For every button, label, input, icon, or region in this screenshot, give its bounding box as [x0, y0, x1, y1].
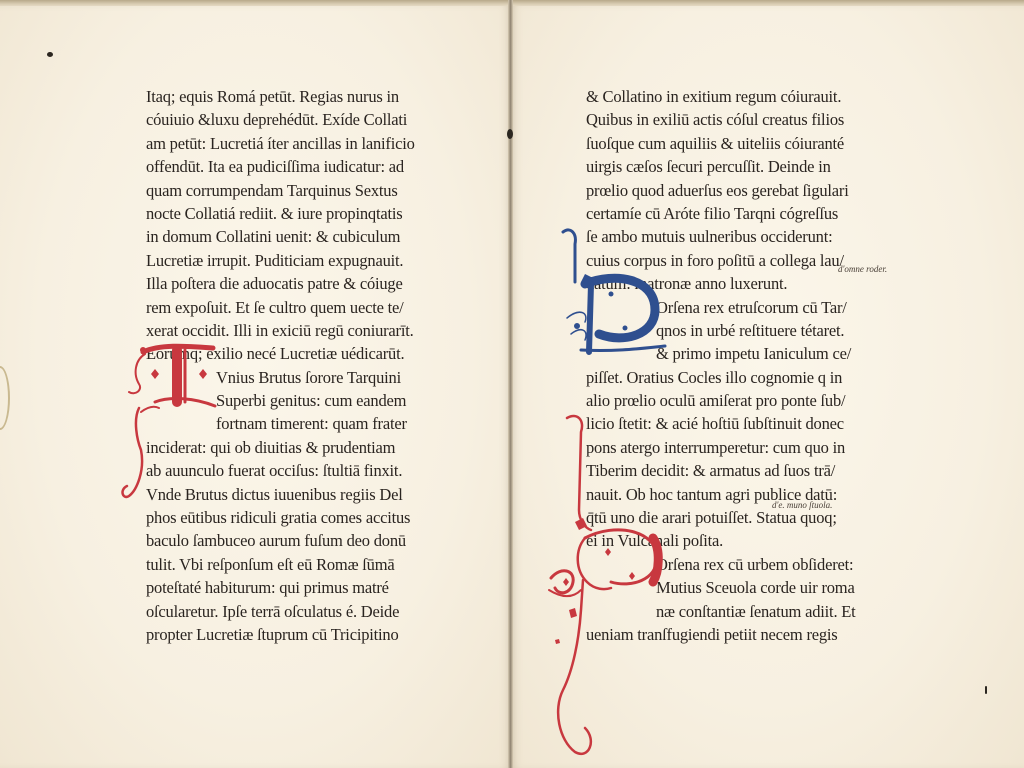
text-line: rem expoſuit. Et ſe cultro quem uecte te… [146, 296, 415, 319]
text-line: & Collatino in exitium regum cóiurauit. [586, 85, 856, 108]
text-line: am petūt: Lucretiá íter ancillas in lani… [146, 132, 415, 155]
ink-spot [507, 129, 513, 139]
text-line: tulit. Vbi reſponſum eſt eū Romæ ſūmā [146, 553, 415, 576]
text-line: nocte Collatiá rediit. & iure propinqtat… [146, 202, 415, 225]
text-line: poteſtaté habiturum: qui primus matré [146, 576, 415, 599]
marginal-note: d'e. muno ſtuola. [772, 500, 832, 510]
text-line: offendūt. Ita ea pudiciſſima iudicatur: … [146, 155, 415, 178]
text-line: cóuiuio &luxu deprehédūt. Exíde Collati [146, 108, 415, 131]
text-line: Illa poſtera die aduocatis patre & cóiug… [146, 272, 415, 295]
text-line: Lucretiæ irrupit. Puditiciam expugnauit. [146, 249, 415, 272]
text-line: piſſet. Oratius Cocles illo cognomie q i… [586, 366, 856, 389]
page-edge-curl [0, 366, 10, 430]
text-line: uirgis cæſos ſecuri percuſſit. Deinde in [586, 155, 856, 178]
ink-spot [985, 686, 987, 694]
text-line: oſcularetur. Ipſe terrā oſculatus é. Dei… [146, 600, 415, 623]
marginal-note: d'omne roder. [838, 264, 887, 274]
text-line: quam corrumpendam Tarquinus Sextus [146, 179, 415, 202]
text-line: xerat occidit. Illi in exiciū regū coniu… [146, 319, 415, 342]
text-line: Quibus in exiliū actis cóſul creatus fil… [586, 108, 856, 131]
book-gutter [508, 0, 513, 768]
ink-spot [47, 52, 53, 57]
text-line: prœlio quod aduerſus eos gerebat ſigular… [586, 179, 856, 202]
text-line: propter Lucretiæ ſtuprum cū Tricipitino [146, 623, 415, 646]
text-line: in domum Collatini uenit: & cubiculum [146, 225, 415, 248]
text-line: Itaq; equis Romá petūt. Regias nurus in [146, 85, 415, 108]
text-line: ſuoſque cum aquiliis & uiteliis cóiurant… [586, 132, 856, 155]
text-line: baculo ſambuceo aurum fuſum deo donū [146, 529, 415, 552]
text-line: alio prœlio oculū amiſerat pro ponte ſub… [586, 389, 856, 412]
